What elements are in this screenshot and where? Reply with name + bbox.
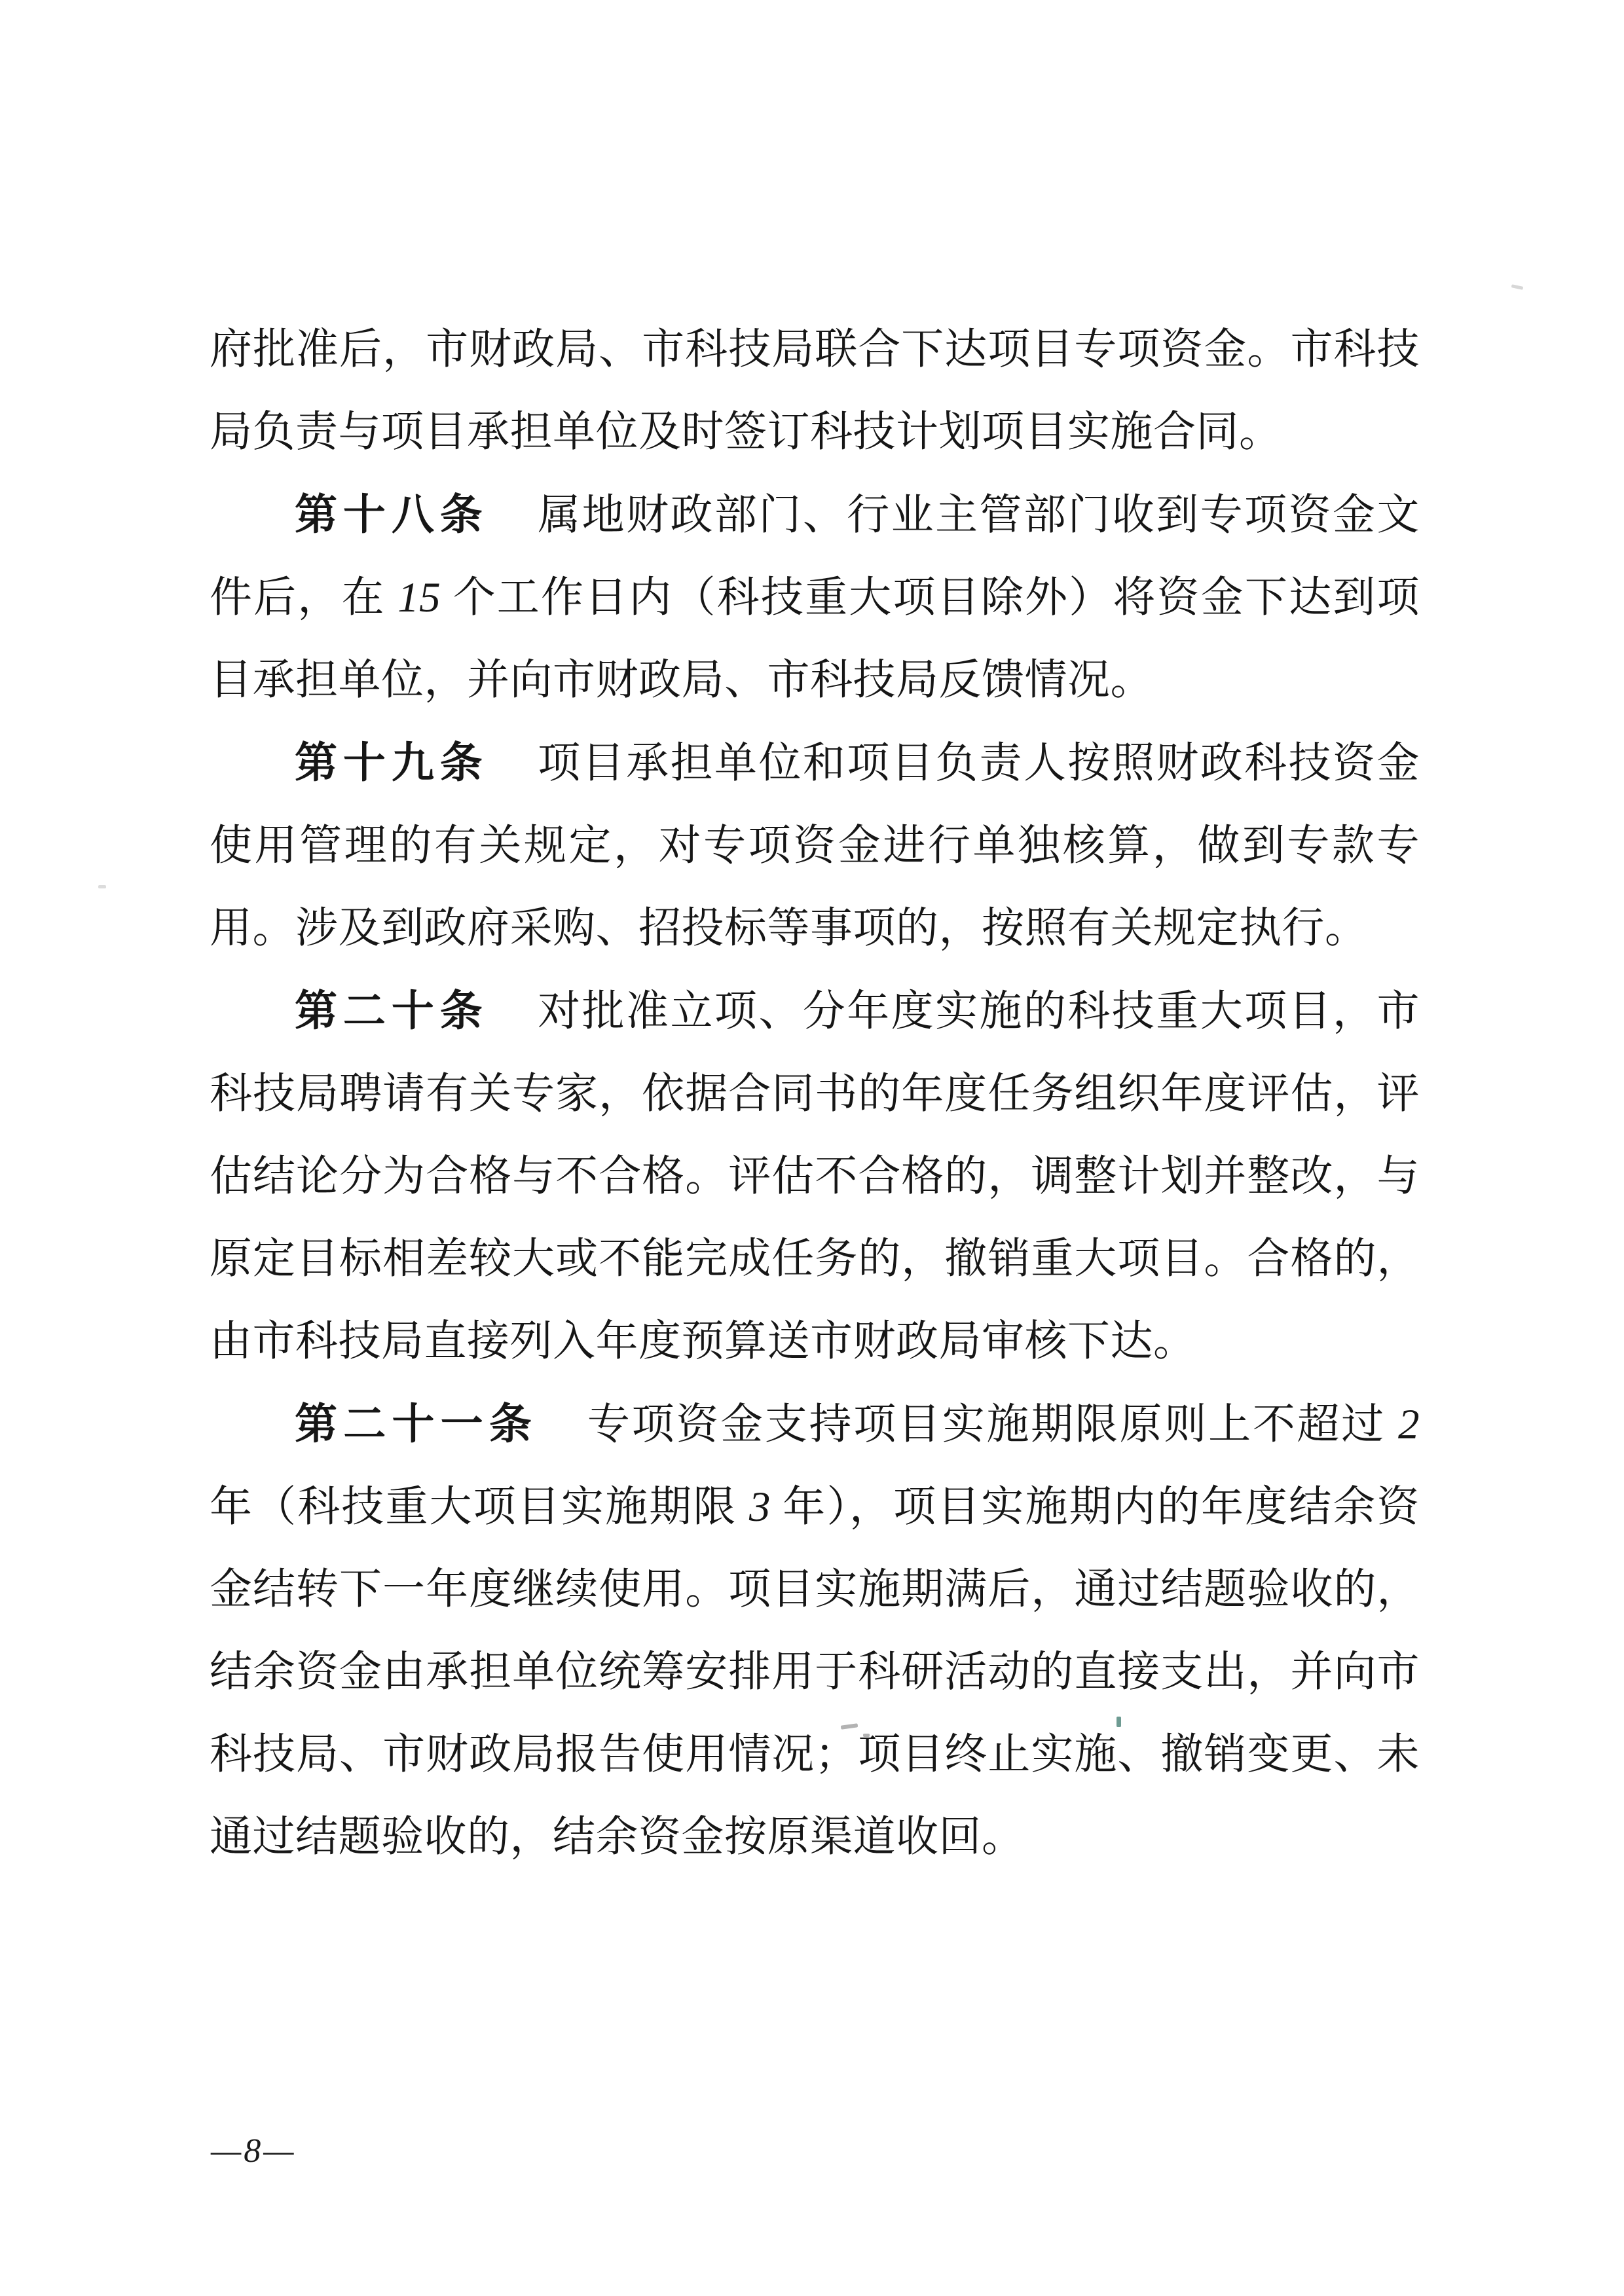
scan-noise [863, 1734, 870, 1737]
scan-noise [1511, 284, 1524, 290]
body-text: 对批准立项、分年度实施的科技重大项目，市科技局聘请有关专家，依据合同书的年度任务… [210, 988, 1420, 1365]
body-text: 府批准后，市财政局、市科技局联合下达项目专项资金。市科技局负责与项目承担单位及时… [210, 326, 1420, 456]
paragraph-article-20: 第二十条 对批准立项、分年度实施的科技重大项目，市科技局聘请有关专家，依据合同书… [210, 970, 1420, 1383]
article-number: 第二十一条 [295, 1400, 538, 1448]
article-number: 第十九条 [295, 738, 489, 786]
paragraph-article-21: 第二十一条 专项资金支持项目实施期限原则上不超过 2 年（科技重大项目实施期限 … [210, 1383, 1420, 1878]
scan-noise [1116, 1717, 1121, 1727]
paragraph-article-19: 第十九条 项目承担单位和项目负责人按照财政科技资金使用管理的有关规定，对专项资金… [210, 721, 1420, 970]
body-text: 专项资金支持项目实施期限原则上不超过 2 年（科技重大项目实施期限 3 年），项… [210, 1401, 1420, 1861]
paragraph-continuation: 府批准后，市财政局、市科技局联合下达项目专项资金。市科技局负责与项目承担单位及时… [210, 308, 1420, 473]
paragraph-article-18: 第十八条 属地财政部门、行业主管部门收到专项资金文件后，在 15 个工作日内（科… [210, 473, 1420, 721]
article-number: 第二十条 [295, 987, 489, 1034]
article-number: 第十八条 [295, 490, 489, 538]
document-body: 府批准后，市财政局、市科技局联合下达项目专项资金。市科技局负责与项目承担单位及时… [210, 308, 1420, 1878]
scanned-document-page: 府批准后，市财政局、市科技局联合下达项目专项资金。市科技局负责与项目承担单位及时… [0, 0, 1624, 2296]
scan-noise [98, 885, 106, 888]
page-number: —8— [211, 2132, 296, 2171]
